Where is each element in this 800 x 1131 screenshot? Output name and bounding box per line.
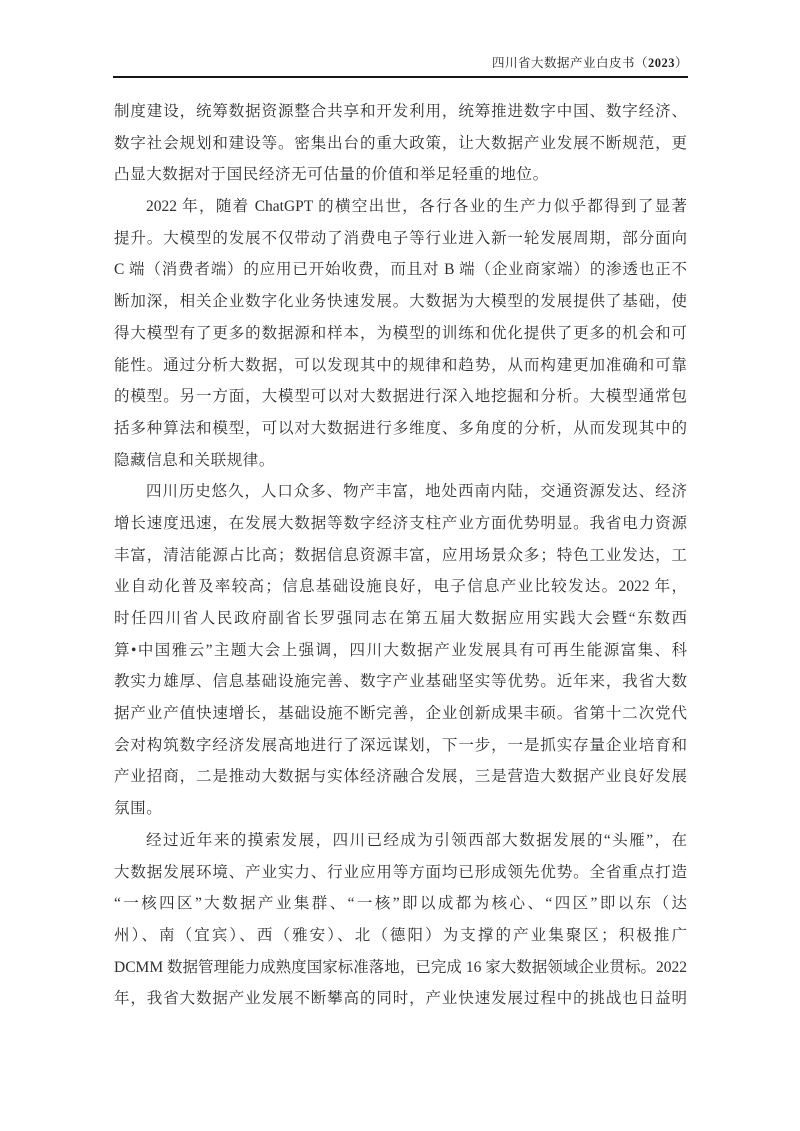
text-line: 年，我省大数据产业发展不断攀高的同时，产业快速发展过程中的挑战也日益明 bbox=[114, 983, 687, 1015]
text-line: 增长速度迅速，在发展大数据等数字经济支柱产业方面优势明显。我省电力资源 bbox=[114, 508, 687, 540]
text-line: 凸显大数据对于国民经济无可估量的价值和举足轻重的地位。 bbox=[114, 159, 687, 191]
text-line: “一核四区”大数据产业集群、“一核”即以成都为核心、“四区”即以东（达 bbox=[114, 888, 687, 920]
text-line: 断加深，相关企业数字化业务快速发展。大数据为大模型的发展提供了基础，使 bbox=[114, 286, 687, 318]
text-line: 氛围。 bbox=[114, 793, 687, 825]
text-line: 业自动化普及率较高；信息基础设施良好，电子信息产业比较发达。2022 年， bbox=[114, 571, 687, 603]
text-line: 能性。通过分析大数据，可以发现其中的规律和趋势，从而构建更加准确和可靠 bbox=[114, 350, 687, 382]
document-page: 四川省大数据产业白皮书（2023） 制度建设，统筹数据资源整合共享和开发利用，统… bbox=[0, 0, 800, 1131]
text-line: 教实力雄厚、信息基础设施完善、数字产业基础坚实等优势。近年来，我省大数 bbox=[114, 666, 687, 698]
text-line: DCMM 数据管理能力成熟度国家标准落地，已完成 16 家大数据领域企业贯标。2… bbox=[114, 952, 687, 984]
text-line: 括多种算法和模型，可以对大数据进行多维度、多角度的分析，从而发现其中的 bbox=[114, 413, 687, 445]
text-line: 算•中国雅云”主题大会上强调，四川大数据产业发展具有可再生能源富集、科 bbox=[114, 635, 687, 667]
text-line: 得大模型有了更多的数据源和样本，为模型的训练和优化提供了更多的机会和可 bbox=[114, 318, 687, 350]
header-title-close: ） bbox=[675, 56, 688, 70]
text-line: 制度建设，统筹数据资源整合共享和开发利用，统筹推进数字中国、数字经济、 bbox=[114, 96, 687, 128]
text-line: 提升。大模型的发展不仅带动了消费电子等行业进入新一轮发展周期，部分面向 bbox=[114, 223, 687, 255]
text-line: 据产业产值快速增长，基础设施不断完善，企业创新成果丰硕。省第十二次党代 bbox=[114, 698, 687, 730]
body-text: 制度建设，统筹数据资源整合共享和开发利用，统筹推进数字中国、数字经济、数字社会规… bbox=[114, 96, 687, 1015]
text-line: 产业招商，二是推动大数据与实体经济融合发展，三是营造大数据产业良好发展 bbox=[114, 761, 687, 793]
text-line: 丰富，清洁能源占比高；数据信息资源丰富，应用场景众多；特色工业发达，工 bbox=[114, 540, 687, 572]
text-line: 会对构筑数字经济发展高地进行了深远谋划，下一步，一是抓实存量企业培育和 bbox=[114, 730, 687, 762]
text-line: 2022 年，随着 ChatGPT 的横空出世，各行各业的生产力似乎都得到了显著 bbox=[114, 191, 687, 223]
text-line: 经过近年来的摸索发展，四川已经成为引领西部大数据发展的“头雁”，在 bbox=[114, 825, 687, 857]
text-line: 隐藏信息和关联规律。 bbox=[114, 445, 687, 477]
paragraph: 经过近年来的摸索发展，四川已经成为引领西部大数据发展的“头雁”，在大数据发展环境… bbox=[114, 825, 687, 1015]
text-line: 四川历史悠久，人口众多、物产丰富，地处西南内陆，交通资源发达、经济 bbox=[114, 476, 687, 508]
paragraph: 四川历史悠久，人口众多、物产丰富，地处西南内陆，交通资源发达、经济增长速度迅速，… bbox=[114, 476, 687, 825]
header-title-year: 2023 bbox=[648, 56, 675, 70]
paragraph: 2022 年，随着 ChatGPT 的横空出世，各行各业的生产力似乎都得到了显著… bbox=[114, 191, 687, 476]
paragraph: 制度建设，统筹数据资源整合共享和开发利用，统筹推进数字中国、数字经济、数字社会规… bbox=[114, 96, 687, 191]
text-line: 时任四川省人民政府副省长罗强同志在第五届大数据应用实践大会暨“东数西 bbox=[114, 603, 687, 635]
text-line: 州）、南（宜宾）、西（雅安）、北（德阳）为支撑的产业集聚区；积极推广 bbox=[114, 920, 687, 952]
text-line: 数字社会规划和建设等。密集出台的重大政策，让大数据产业发展不断规范，更 bbox=[114, 128, 687, 160]
text-line: C 端（消费者端）的应用已开始收费，而且对 B 端（企业商家端）的渗透也正不 bbox=[114, 254, 687, 286]
header-title-text: 四川省大数据产业白皮书（ bbox=[492, 56, 648, 70]
page-header-title: 四川省大数据产业白皮书（2023） bbox=[492, 53, 688, 71]
text-line: 大数据发展环境、产业实力、行业应用等方面均已形成领先优势。全省重点打造 bbox=[114, 857, 687, 889]
text-line: 的模型。另一方面，大模型可以对大数据进行深入地挖掘和分析。大模型通常包 bbox=[114, 381, 687, 413]
header-rule bbox=[113, 76, 688, 78]
